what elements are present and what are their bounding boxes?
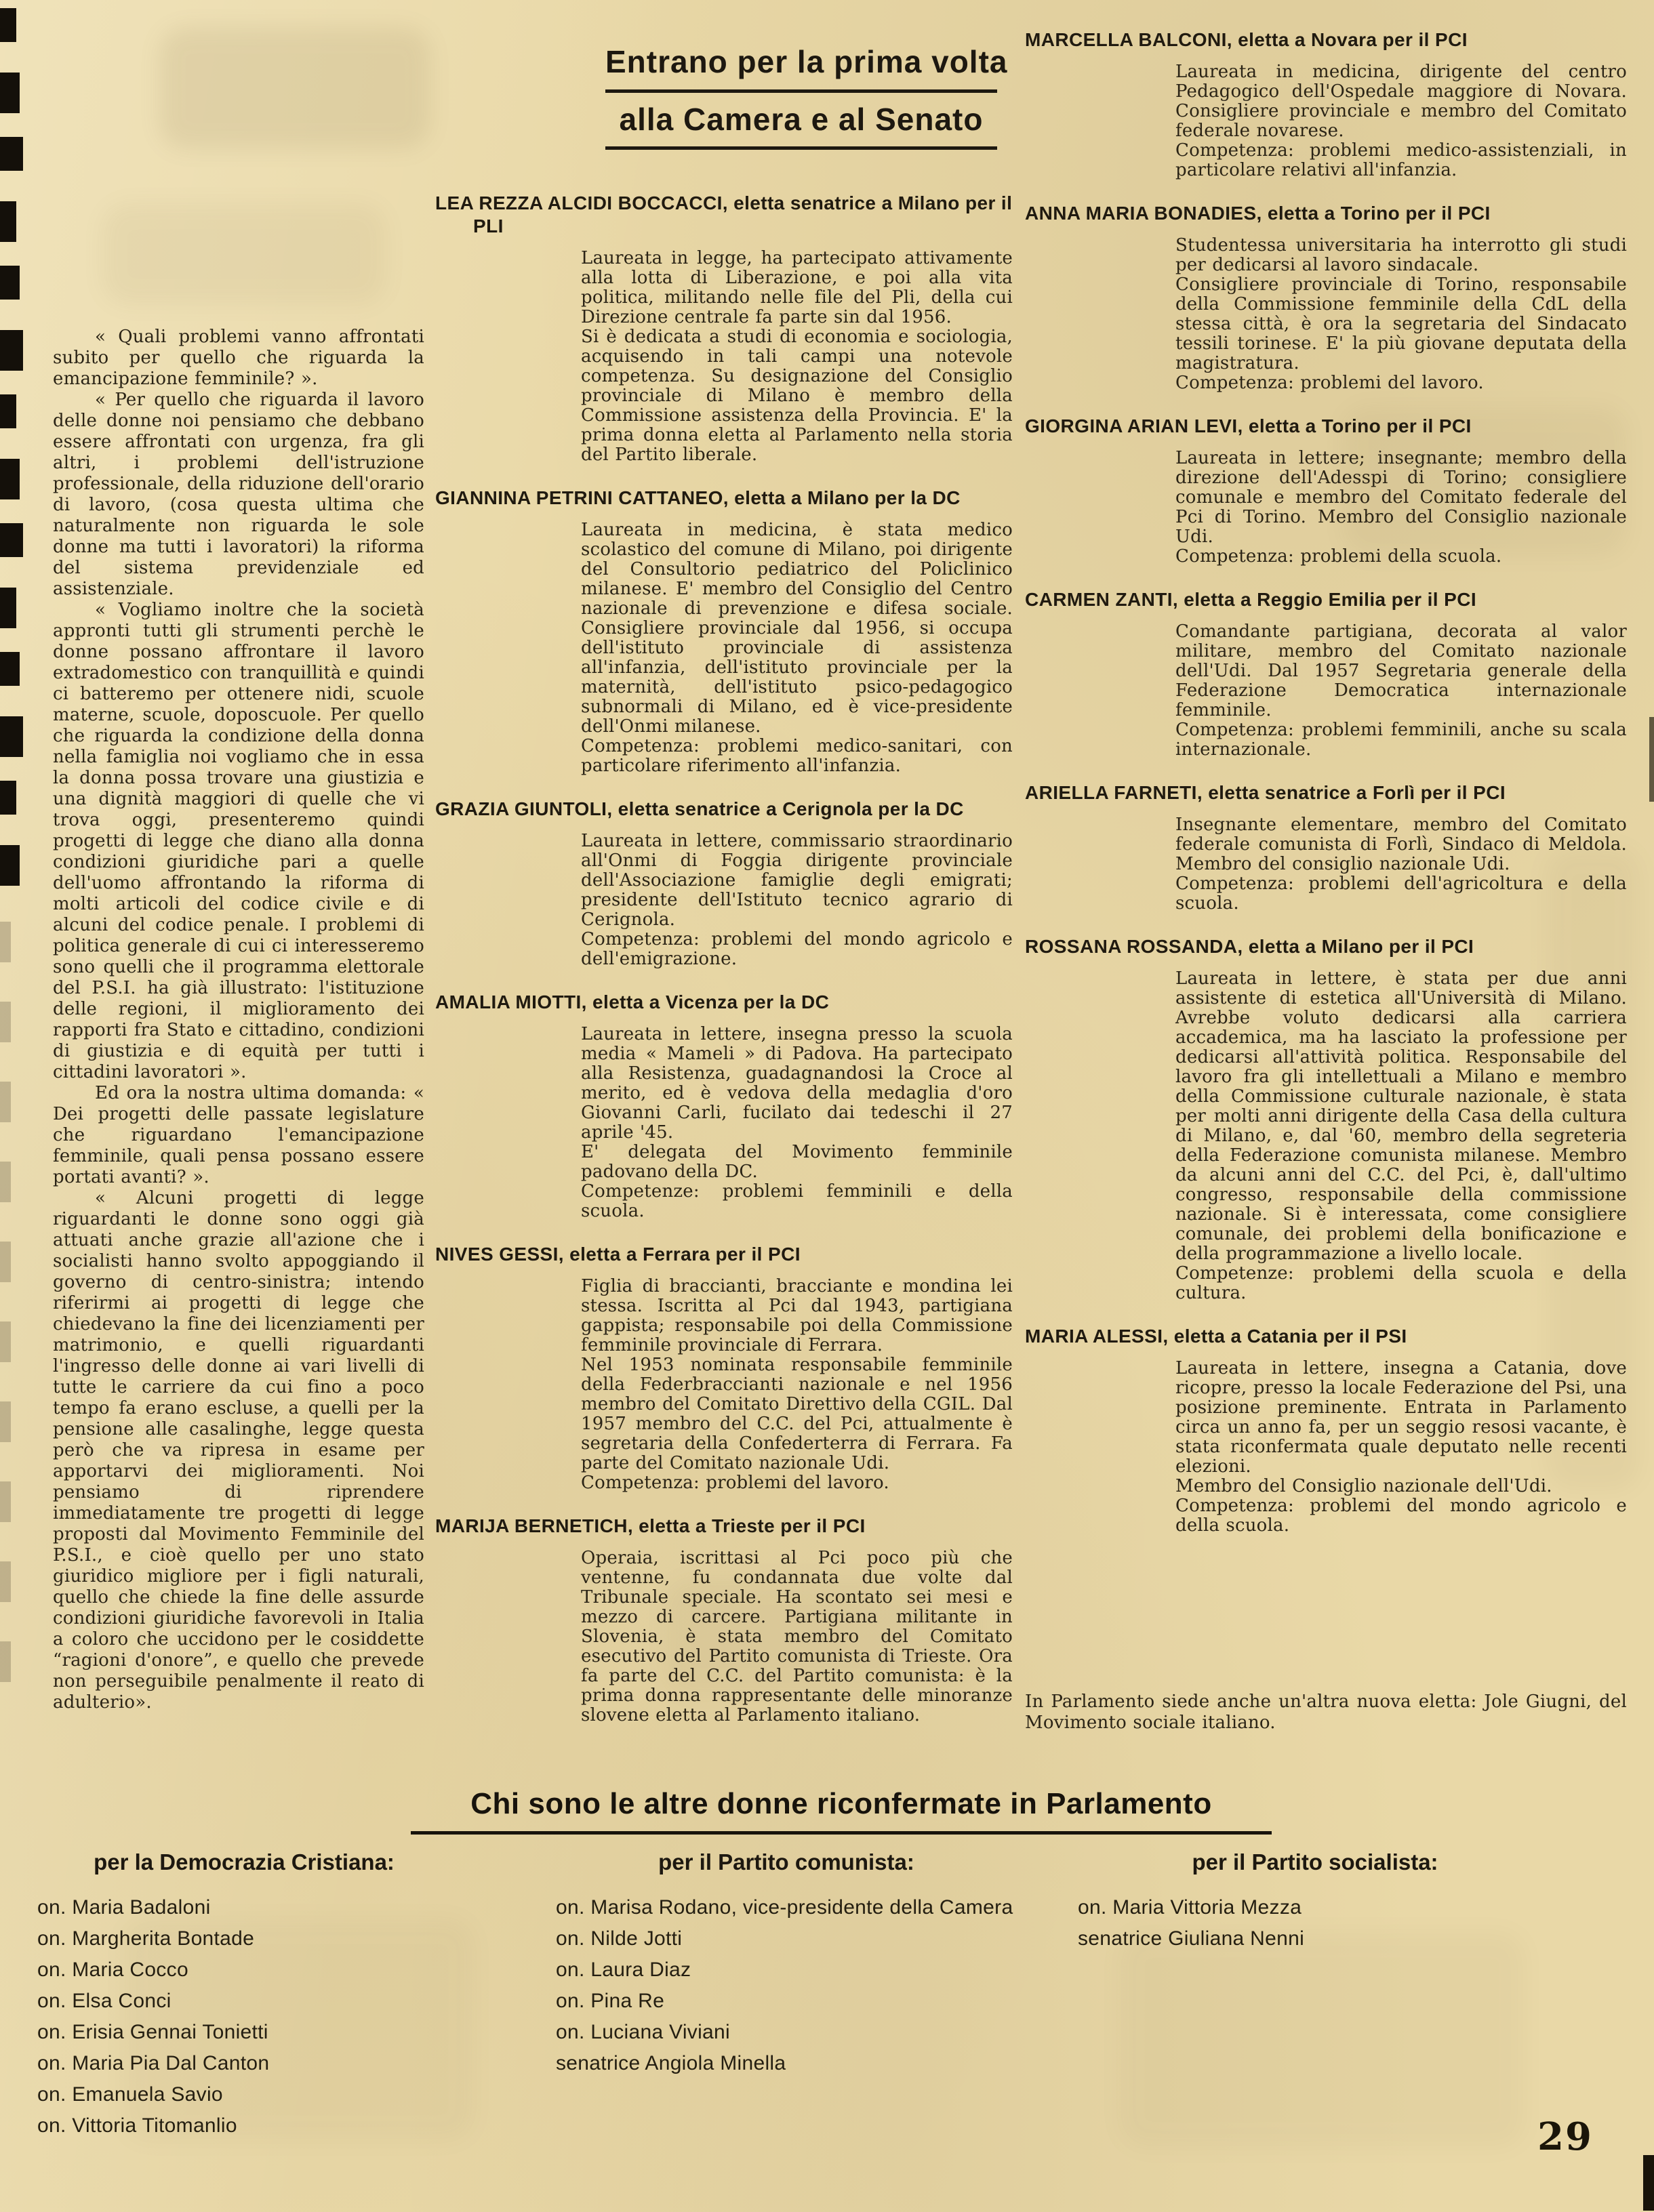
bio-paragraph: Laureata in lettere, è stata per due ann…: [1175, 969, 1627, 1264]
binding-mark: [0, 459, 20, 499]
bio-paragraph: Laureata in lettere, insegna a Catania, …: [1175, 1359, 1627, 1477]
deputy-entry: GRAZIA GIUNTOLI, eletta senatrice a Ceri…: [435, 798, 1013, 969]
party-group-list: on. Marisa Rodano, vice-presidente della…: [556, 1892, 1017, 2079]
party-group-heading: per il Partito socialista:: [1078, 1849, 1552, 1876]
bio-paragraph: Competenza: problemi del mondo agricolo …: [1175, 1496, 1627, 1536]
interview-paragraph: « Alcuni progetti di legge riguardanti l…: [53, 1188, 424, 1713]
deputy-bio: Operaia, iscrittasi al Pci poco più che …: [581, 1549, 1013, 1725]
deputy-entry: MARIJA BERNETICH, eletta a Trieste per i…: [435, 1515, 1013, 1725]
scan-edge-mark: [1643, 2155, 1654, 2211]
bleedthrough-ghost: [102, 203, 386, 305]
binding-mark: [0, 716, 23, 757]
deputy-bio: Insegnante elementare, membro del Comita…: [1175, 815, 1627, 914]
party-group-pci: per il Partito comunista:on. Marisa Roda…: [556, 1849, 1017, 2079]
magazine-page: Entrano per la prima volta alla Camera e…: [0, 0, 1654, 2212]
bio-paragraph: Laureata in medicina, dirigente del cent…: [1175, 62, 1627, 141]
deputy-bio: Laureata in lettere, è stata per due ann…: [1175, 969, 1627, 1303]
deputy-entry: AMALIA MIOTTI, eletta a Vicenza per la D…: [435, 991, 1013, 1221]
deputy-list-item: on. Maria Pia Dal Canton: [37, 2048, 451, 2079]
deputy-list-item: on. Emanuela Savio: [37, 2079, 451, 2110]
bio-paragraph: Competenza: problemi del lavoro.: [1175, 373, 1627, 393]
deputy-name-heading: MARIA ALESSI, eletta a Catania per il PS…: [1025, 1325, 1627, 1348]
bio-paragraph: Membro del Consiglio nazionale dell'Udi.: [1175, 1477, 1627, 1496]
bio-paragraph: Competenza: problemi medico-assistenzial…: [1175, 141, 1627, 180]
bio-paragraph: Laureata in lettere, commissario straord…: [581, 832, 1013, 930]
interview-paragraph: « Quali problemi vanno affrontati subito…: [53, 327, 424, 390]
party-group-heading: per il Partito comunista:: [556, 1849, 1017, 1876]
bio-paragraph: Competenza: problemi della scuola.: [1175, 547, 1627, 567]
deputy-name-heading: GIANNINA PETRINI CATTANEO, eletta a Mila…: [435, 487, 1013, 510]
deputy-entry: GIANNINA PETRINI CATTANEO, eletta a Mila…: [435, 487, 1013, 776]
interview-column: « Quali problemi vanno affrontati subito…: [53, 327, 424, 1713]
deputy-entry: GIORGINA ARIAN LEVI, eletta a Torino per…: [1025, 415, 1627, 567]
new-deputies-column-middle: LEA REZZA ALCIDI BOCCACCI, eletta senatr…: [435, 192, 1013, 1747]
bio-paragraph: Comandante partigiana, decorata al valor…: [1175, 622, 1627, 720]
deputy-list-item: on. Vittoria Titomanlio: [37, 2110, 451, 2142]
binding-mark: [0, 845, 20, 886]
binding-mark-faint: [0, 922, 11, 962]
bio-paragraph: Competenze: problemi della scuola e dell…: [1175, 1264, 1627, 1303]
binding-mark-faint: [0, 1641, 11, 1682]
bio-paragraph: Consigliere provinciale di Torino, respo…: [1175, 275, 1627, 373]
deputy-list-item: on. Luciana Viviani: [556, 2017, 1017, 2048]
deputy-name-heading: NIVES GESSI, eletta a Ferrara per il PCI: [435, 1243, 1013, 1266]
bio-paragraph: Competenza: problemi femminili, anche su…: [1175, 720, 1627, 760]
binding-mark-faint: [0, 1401, 11, 1442]
deputy-name-heading: ROSSANA ROSSANDA, eletta a Milano per il…: [1025, 935, 1627, 958]
bio-paragraph: Competenza: problemi medico-sanitari, co…: [581, 737, 1013, 776]
reconfirmed-headline: Chi sono le altre donne riconfermate in …: [411, 1789, 1272, 1835]
page-number: 29: [1537, 2114, 1593, 2159]
deputy-list-item: on. Maria Vittoria Mezza: [1078, 1892, 1552, 1923]
bio-paragraph: Nel 1953 nominata responsabile femminile…: [581, 1355, 1013, 1473]
bio-paragraph: Laureata in legge, ha partecipato attiva…: [581, 249, 1013, 327]
deputy-bio: Laureata in legge, ha partecipato attiva…: [581, 249, 1013, 465]
feature-headline-line-2: alla Camera e al Senato: [605, 102, 997, 150]
deputy-bio: Figlia di braccianti, bracciante e mondi…: [581, 1277, 1013, 1493]
deputy-entry: ANNA MARIA BONADIES, eletta a Torino per…: [1025, 202, 1627, 393]
binding-mark-faint: [0, 1322, 11, 1362]
deputy-list-item: on. Marisa Rodano, vice-presidente della…: [556, 1892, 1017, 1923]
deputy-list-item: on. Maria Badaloni: [37, 1892, 451, 1923]
feature-headline: Entrano per la prima volta alla Camera e…: [605, 45, 997, 159]
binding-mark: [0, 523, 23, 557]
bleedthrough-ghost: [159, 27, 430, 149]
deputy-name-heading: MARCELLA BALCONI, eletta a Novara per il…: [1025, 28, 1627, 52]
deputy-list-item: on. Laura Diaz: [556, 1954, 1017, 1986]
bio-paragraph: Competenza: problemi dell'agricoltura e …: [1175, 874, 1627, 914]
binding-mark: [0, 73, 20, 113]
binding-mark: [0, 781, 16, 815]
bio-paragraph: Competenze: problemi femminili e della s…: [581, 1182, 1013, 1221]
deputy-entry: LEA REZZA ALCIDI BOCCACCI, eletta senatr…: [435, 192, 1013, 465]
bleedthrough-ghost: [1118, 1931, 1525, 2148]
binding-mark: [0, 8, 16, 42]
deputy-list-item: on. Margherita Bontade: [37, 1923, 451, 1954]
binding-mark-faint: [0, 1082, 11, 1122]
binding-mark-faint: [0, 1481, 11, 1522]
deputy-entry: NIVES GESSI, eletta a Ferrara per il PCI…: [435, 1243, 1013, 1493]
bio-paragraph: Laureata in medicina, è stata medico sco…: [581, 520, 1013, 737]
feature-headline-line-1: Entrano per la prima volta: [605, 45, 997, 93]
bio-paragraph: Si è dedicata a studi di economia e soci…: [581, 327, 1013, 465]
party-group-heading: per la Democrazia Cristiana:: [37, 1849, 451, 1876]
bio-paragraph: Competenza: problemi del mondo agricolo …: [581, 930, 1013, 969]
new-deputies-column-right: MARCELLA BALCONI, eletta a Novara per il…: [1025, 28, 1627, 1734]
bio-paragraph: Laureata in lettere; insegnante; membro …: [1175, 449, 1627, 547]
bio-paragraph: E' delegata del Movimento femminile pado…: [581, 1143, 1013, 1182]
deputy-name-heading: LEA REZZA ALCIDI BOCCACCI, eletta senatr…: [435, 192, 1013, 238]
party-group-list: on. Maria Vittoria Mezzasenatrice Giulia…: [1078, 1892, 1552, 1954]
deputy-list-item: on. Elsa Conci: [37, 1986, 451, 2017]
interview-paragraph: « Per quello che riguarda il lavoro dell…: [53, 390, 424, 600]
party-group-list: on. Maria Badalonion. Margherita Bontade…: [37, 1892, 451, 2142]
deputy-bio: Laureata in lettere, commissario straord…: [581, 832, 1013, 969]
deputy-bio: Laureata in medicina, è stata medico sco…: [581, 520, 1013, 776]
bio-paragraph: Laureata in lettere, insegna presso la s…: [581, 1025, 1013, 1143]
deputy-list-item: on. Erisia Gennai Tonietti: [37, 2017, 451, 2048]
interview-paragraph: Ed ora la nostra ultima domanda: « Dei p…: [53, 1083, 424, 1188]
deputy-list-item: on. Maria Cocco: [37, 1954, 451, 1986]
bio-paragraph: Competenza: problemi del lavoro.: [581, 1473, 1013, 1493]
deputy-name-heading: ANNA MARIA BONADIES, eletta a Torino per…: [1025, 202, 1627, 225]
deputy-bio: Comandante partigiana, decorata al valor…: [1175, 622, 1627, 760]
binding-mark-faint: [0, 1561, 11, 1602]
deputy-entry: CARMEN ZANTI, eletta a Reggio Emilia per…: [1025, 588, 1627, 760]
deputy-bio: Laureata in lettere; insegnante; membro …: [1175, 449, 1627, 567]
party-group-dc: per la Democrazia Cristiana:on. Maria Ba…: [37, 1849, 451, 2142]
binding-mark: [0, 330, 23, 371]
deputy-bio: Studentessa universitaria ha interrotto …: [1175, 236, 1627, 393]
bio-paragraph: Operaia, iscrittasi al Pci poco più che …: [581, 1549, 1013, 1725]
deputy-name-heading: GRAZIA GIUNTOLI, eletta senatrice a Ceri…: [435, 798, 1013, 821]
binding-mark: [0, 137, 23, 171]
deputy-name-heading: GIORGINA ARIAN LEVI, eletta a Torino per…: [1025, 415, 1627, 438]
binding-mark: [0, 394, 16, 428]
interview-paragraph: « Vogliamo inoltre che la società appron…: [53, 600, 424, 1083]
binding-mark: [0, 652, 20, 686]
bio-paragraph: Studentessa universitaria ha interrotto …: [1175, 236, 1627, 275]
bio-paragraph: Insegnante elementare, membro del Comita…: [1175, 815, 1627, 874]
deputy-bio: Laureata in medicina, dirigente del cent…: [1175, 62, 1627, 180]
binding-mark-faint: [0, 1242, 11, 1282]
deputy-name-heading: AMALIA MIOTTI, eletta a Vicenza per la D…: [435, 991, 1013, 1014]
bio-paragraph: Figlia di braccianti, bracciante e mondi…: [581, 1277, 1013, 1355]
deputy-bio: Laureata in lettere, insegna a Catania, …: [1175, 1359, 1627, 1536]
deputy-entry: MARCELLA BALCONI, eletta a Novara per il…: [1025, 28, 1627, 180]
binding-mark-faint: [0, 1162, 11, 1202]
scan-edge-mark: [1649, 717, 1654, 802]
deputy-list-item: senatrice Angiola Minella: [556, 2048, 1017, 2079]
binding-mark: [0, 588, 16, 628]
closing-note: In Parlamento siede anche un'altra nuova…: [1025, 1692, 1627, 1734]
deputy-name-heading: MARIJA BERNETICH, eletta a Trieste per i…: [435, 1515, 1013, 1538]
deputy-entry: ROSSANA ROSSANDA, eletta a Milano per il…: [1025, 935, 1627, 1303]
deputy-bio: Laureata in lettere, insegna presso la s…: [581, 1025, 1013, 1221]
binding-mark: [0, 201, 16, 242]
binding-mark: [0, 266, 20, 300]
deputy-entry: ARIELLA FARNETI, eletta senatrice a Forl…: [1025, 781, 1627, 914]
deputy-list-item: on. Pina Re: [556, 1986, 1017, 2017]
deputy-name-heading: ARIELLA FARNETI, eletta senatrice a Forl…: [1025, 781, 1627, 804]
party-group-psi: per il Partito socialista:on. Maria Vitt…: [1078, 1849, 1552, 1954]
deputy-list-item: on. Nilde Jotti: [556, 1923, 1017, 1954]
binding-mark-faint: [0, 1002, 11, 1042]
deputy-entry: MARIA ALESSI, eletta a Catania per il PS…: [1025, 1325, 1627, 1536]
deputy-name-heading: CARMEN ZANTI, eletta a Reggio Emilia per…: [1025, 588, 1627, 611]
deputy-list-item: senatrice Giuliana Nenni: [1078, 1923, 1552, 1954]
